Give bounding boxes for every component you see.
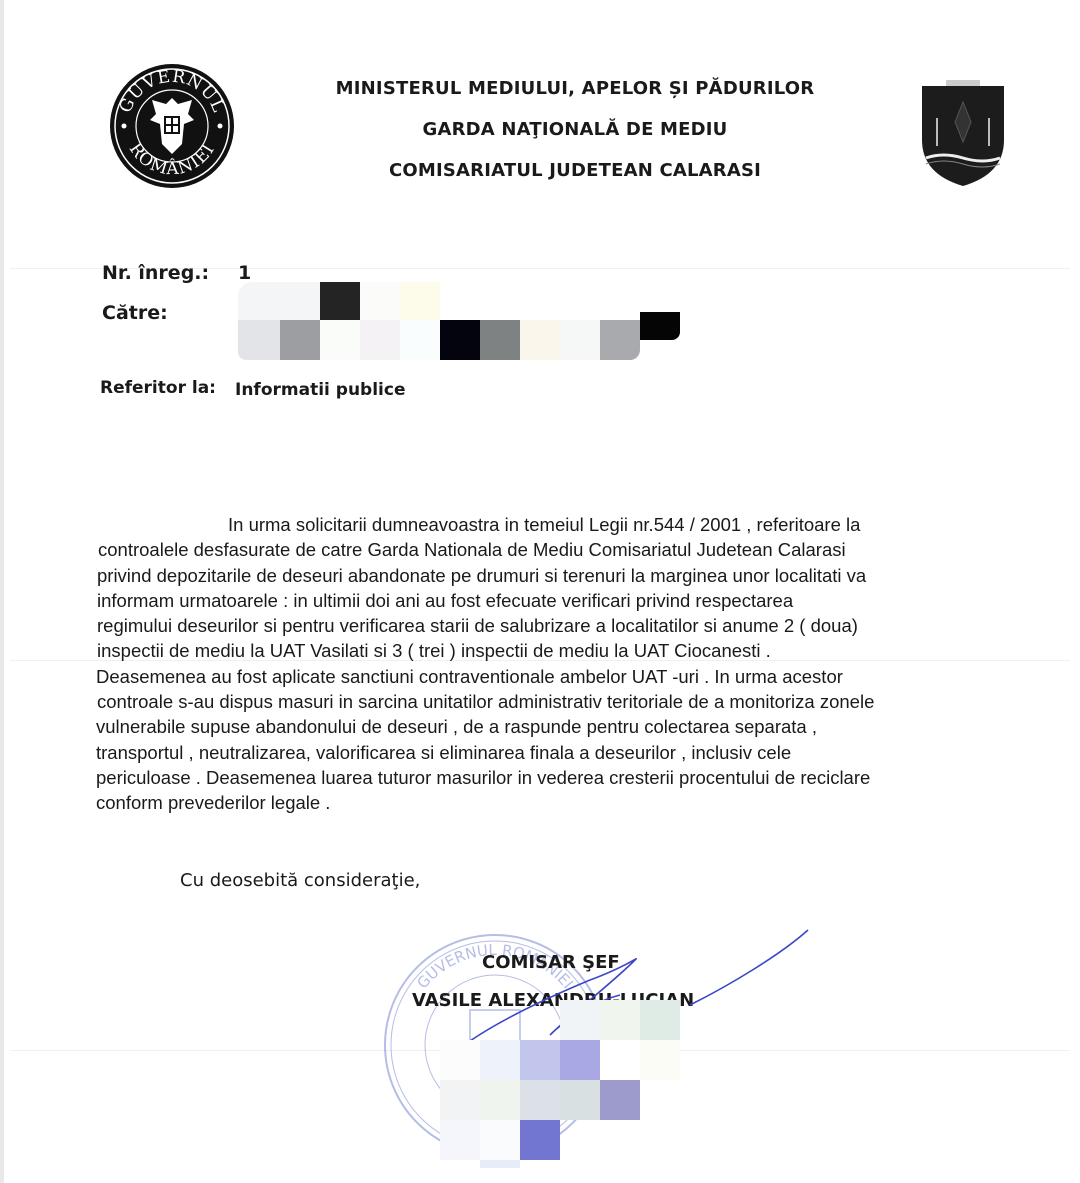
body-line: periculoase . Deasemenea luarea tuturor … [96, 765, 1001, 790]
registration-number-value: 1 [238, 262, 251, 284]
garda-nationala-crest-icon [918, 78, 1008, 188]
closing-salutation: Cu deosebită consideraţie, [180, 870, 420, 891]
body-line: vulnerabile supuse abandonului de deseur… [96, 714, 1001, 739]
recipient-label: Către: [102, 302, 168, 324]
body-line: conform prevederilor legale . [96, 790, 1001, 815]
body-line: controalele desfasurate de catre Garda N… [96, 537, 1001, 562]
signature-redaction [440, 1000, 680, 1170]
body-line: inspectii de mediu la UAT Vasilati si 3 … [96, 638, 1001, 663]
office-name: COMISARIATUL JUDETEAN CALARASI [300, 160, 850, 181]
registration-number-label: Nr. înreg.: [102, 262, 209, 284]
body-line: In urma solicitarii dumneavoastra in tem… [96, 512, 1001, 537]
body-line: Deasemenea au fost aplicate sanctiuni co… [96, 664, 1001, 689]
body-line: transportul , neutralizarea, valorificar… [96, 740, 1001, 765]
subject-label: Referitor la: [100, 378, 216, 398]
body-line: regimului deseurilor si pentru verificar… [96, 613, 1001, 638]
recipient-redaction [238, 282, 683, 362]
ministry-name: MINISTERUL MEDIULUI, APELOR ȘI PĂDURILOR [300, 78, 850, 99]
agency-name: GARDA NAŢIONALĂ DE MEDIU [300, 119, 850, 140]
government-seal-icon: GUVERNUL ROMÂNIEI [108, 60, 236, 192]
body-line: privind depozitarile de deseuri abandona… [96, 563, 1001, 588]
subject-value: Informatii publice [235, 380, 405, 400]
body-line: controale s-au dispus masuri in sarcina … [96, 689, 1001, 714]
letter-body: In urma solicitarii dumneavoastra in tem… [96, 512, 1001, 816]
body-line: informam urmatoarele : in ultimii doi an… [96, 588, 1001, 613]
page-edge [0, 0, 4, 1183]
